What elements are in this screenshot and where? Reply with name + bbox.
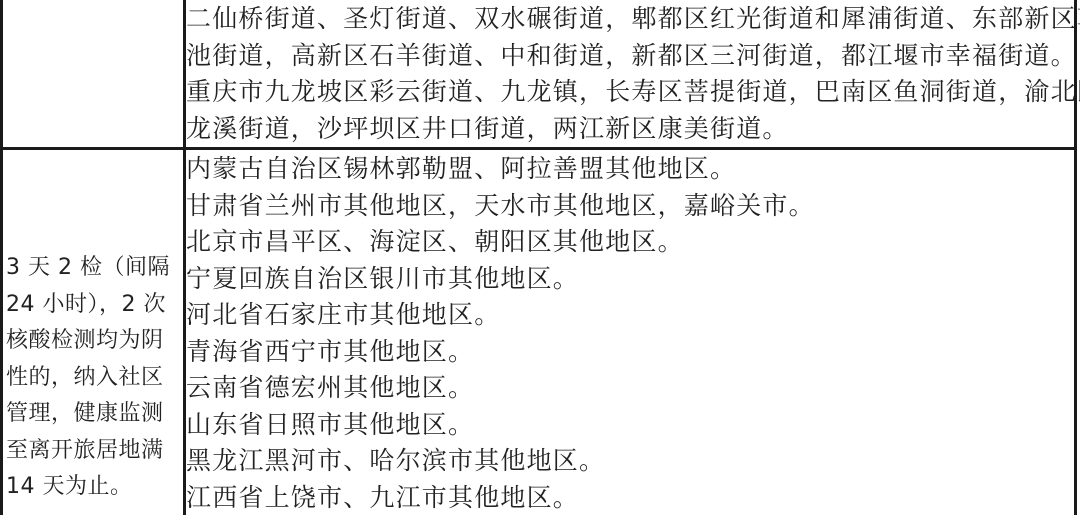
condition-text: 3 天 2 检（间隔 24 小时），2 次 核酸检测均为阴 性的，纳入社区 管理… — [3, 150, 183, 506]
table-row: 二仙桥街道、圣灯街道、双水碾街道，郫都区红光街道和犀浦街道、东部新区草 池街道，… — [2, 0, 1076, 149]
table-row: 3 天 2 检（间隔 24 小时），2 次 核酸检测均为阴 性的，纳入社区 管理… — [2, 149, 1076, 515]
area-line: 池街道，高新区石羊街道、中和街道，新都区三河街道，都江堰市幸福街道。 — [186, 38, 1074, 75]
area-line: 宁夏回族自治区银川市其他地区。 — [186, 261, 1074, 298]
policy-table: 二仙桥街道、圣灯街道、双水碾街道，郫都区红光街道和犀浦街道、东部新区草 池街道，… — [0, 0, 1077, 515]
area-line: 青海省西宁市其他地区。 — [186, 334, 1074, 371]
area-line: 河北省石家庄市其他地区。 — [186, 297, 1074, 334]
condition-line: 3 天 2 检（间隔 — [6, 250, 183, 287]
condition-line: 至离开旅居地满 — [6, 433, 183, 470]
condition-line: 14 天为止。 — [6, 469, 183, 506]
condition-cell — [2, 0, 185, 149]
area-line: 江西省上饶市、九江市其他地区。 — [186, 480, 1074, 515]
document-page: 二仙桥街道、圣灯街道、双水碾街道，郫都区红光街道和犀浦街道、东部新区草 池街道，… — [0, 0, 1080, 515]
area-line: 甘肃省兰州市其他地区，天水市其他地区，嘉峪关市。 — [186, 188, 1074, 225]
condition-line: 核酸检测均为阴 — [6, 323, 183, 360]
areas-cell: 内蒙古自治区锡林郭勒盟、阿拉善盟其他地区。 甘肃省兰州市其他地区，天水市其他地区… — [185, 149, 1076, 515]
areas-cell: 二仙桥街道、圣灯街道、双水碾街道，郫都区红光街道和犀浦街道、东部新区草 池街道，… — [185, 0, 1076, 149]
condition-line: 管理，健康监测 — [6, 396, 183, 433]
condition-line: 性的，纳入社区 — [6, 360, 183, 397]
area-line: 北京市昌平区、海淀区、朝阳区其他地区。 — [186, 224, 1074, 261]
condition-line: 24 小时），2 次 — [6, 287, 183, 324]
area-line: 二仙桥街道、圣灯街道、双水碾街道，郫都区红光街道和犀浦街道、东部新区草 — [186, 1, 1074, 38]
area-line: 龙溪街道，沙坪坝区井口街道，两江新区康美街道。 — [186, 111, 1074, 148]
area-line: 内蒙古自治区锡林郭勒盟、阿拉善盟其他地区。 — [186, 151, 1074, 188]
area-line: 山东省日照市其他地区。 — [186, 407, 1074, 444]
area-line: 云南省德宏州其他地区。 — [186, 370, 1074, 407]
area-line: 黑龙江黑河市、哈尔滨市其他地区。 — [186, 443, 1074, 480]
condition-cell: 3 天 2 检（间隔 24 小时），2 次 核酸检测均为阴 性的，纳入社区 管理… — [2, 149, 185, 515]
area-line: 重庆市九龙坡区彩云街道、九龙镇，长寿区菩提街道，巴南区鱼洞街道，渝北区 — [186, 74, 1074, 111]
